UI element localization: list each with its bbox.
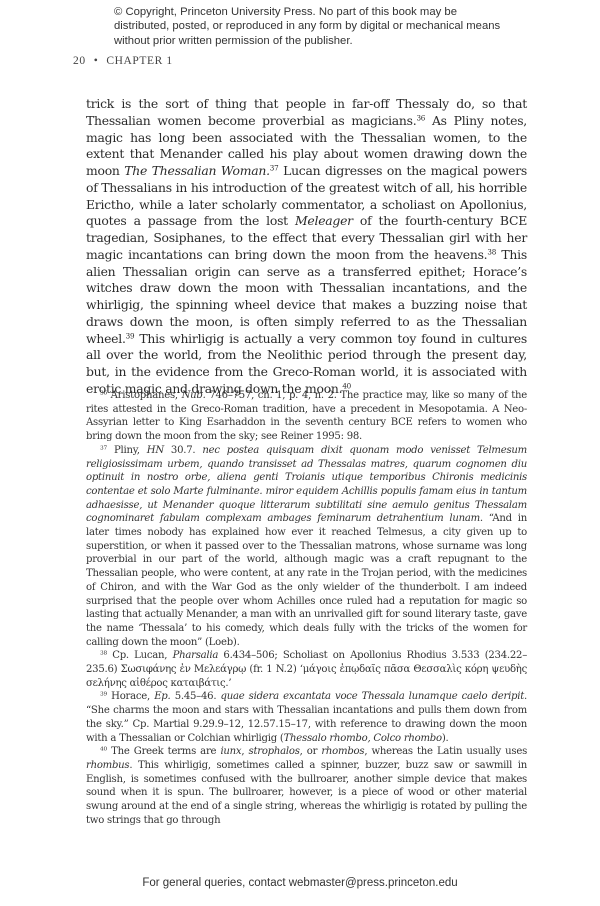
footnote-36: 36 Aristophanes, Nub. 746–757, ch. 1, p.… [86, 389, 527, 444]
footnote-37: 37 Pliny, HN 30.7. nec postea quisquam d… [86, 444, 527, 650]
footer-contact: For general queries, contact webmaster@p… [0, 877, 600, 889]
page-number: 20 [73, 55, 86, 67]
running-head: 20•CHAPTER 1 [73, 55, 173, 67]
footnote-ref-39[interactable]: 39 [126, 331, 135, 340]
title-italic: The Thessalian Woman. [124, 163, 270, 178]
footnote-39: 39 Horace, Ep. 5.45–46. quae sidera exca… [86, 690, 527, 745]
footnote-38: 38 Cp. Lucan, Pharsalia 6.434–506; Schol… [86, 649, 527, 690]
footnote-ref-36[interactable]: 36 [416, 113, 425, 122]
footnote-ref-38[interactable]: 38 [487, 247, 496, 256]
title-italic: Meleager [295, 213, 353, 228]
chapter-label: CHAPTER 1 [106, 55, 172, 67]
body-paragraph: trick is the sort of thing that people i… [86, 96, 527, 398]
main-text: trick is the sort of thing that people i… [86, 96, 527, 398]
footnotes: 36 Aristophanes, Nub. 746–757, ch. 1, p.… [86, 389, 527, 828]
footnote-40: 40 The Greek terms are iunx, strophalos,… [86, 745, 527, 827]
copyright-notice: © Copyright, Princeton University Press.… [114, 5, 514, 48]
separator-bullet: • [94, 55, 99, 67]
